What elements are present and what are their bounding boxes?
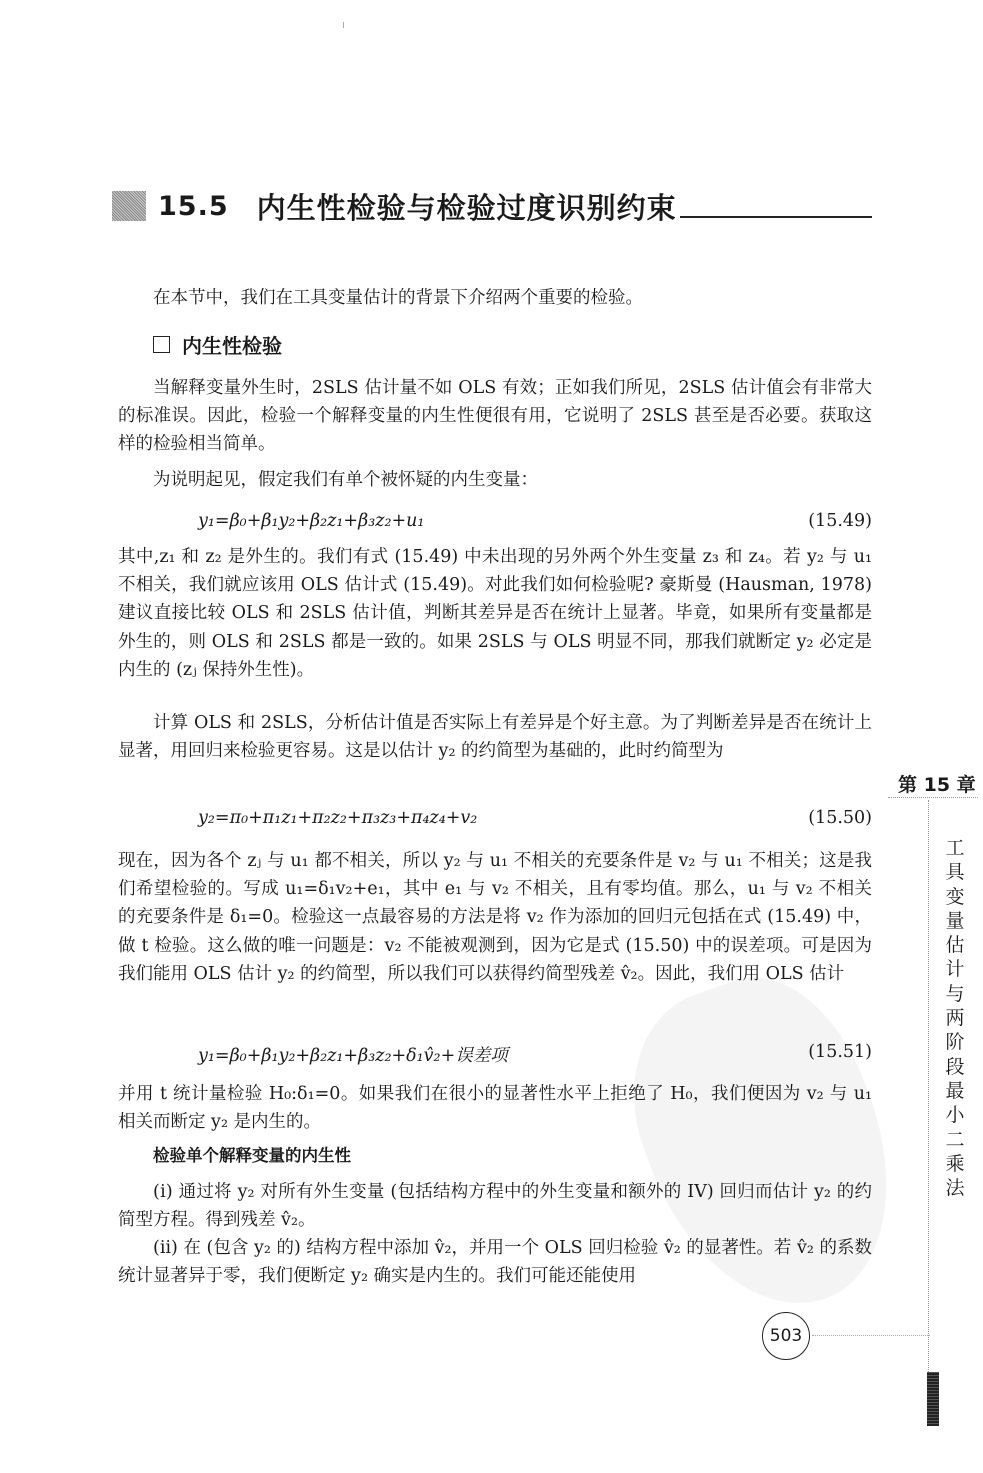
- step-2: (ⅱ) 在 (包含 y₂ 的) 结构方程中添加 v̂₂，并用一个 OLS 回归检…: [118, 1234, 872, 1290]
- equation-number: (15.51): [808, 1042, 872, 1062]
- section-heading: 15.5 内生性检验与检验过度识别约束: [112, 186, 677, 226]
- step-1: (ⅰ) 通过将 y₂ 对所有外生变量 (包括结构方程中的外生变量和额外的 IV)…: [118, 1178, 872, 1234]
- heading-rule: [680, 216, 872, 218]
- margin-dotted-vertical: [928, 800, 932, 1400]
- scan-mark: [343, 22, 344, 28]
- equation-expression: y₁=β₀+β₁y₂+β₂z₁+β₃z₂+u₁: [198, 511, 424, 531]
- page-number-rule: [812, 1335, 930, 1336]
- paragraph: 并用 t 统计量检验 H₀:δ₁=0。如果我们在很小的显著性水平上拒绝了 H₀，…: [118, 1080, 872, 1136]
- subsection-title: 内生性检验: [182, 330, 282, 359]
- equation-expression: y₁=β₀+β₁y₂+β₂z₁+β₃z₂+δ₁v̂₂+误差项: [198, 1042, 508, 1067]
- subsection-heading: 内生性检验: [153, 330, 282, 359]
- bold-subheading: 检验单个解释变量的内生性: [118, 1142, 872, 1170]
- intro-paragraph: 在本节中，我们在工具变量估计的背景下介绍两个重要的检验。: [118, 284, 872, 312]
- paragraph: 现在，因为各个 zⱼ 与 u₁ 都不相关，所以 y₂ 与 u₁ 不相关的充要条件…: [118, 847, 872, 988]
- equation-expression: y₂=π₀+π₁z₁+π₂z₂+π₃z₃+π₄z₄+v₂: [198, 808, 477, 828]
- equation-number: (15.50): [808, 808, 872, 828]
- chapter-title-vertical: 工具变量估计与两阶段最小二乘法: [944, 836, 966, 1200]
- square-bullet-icon: [153, 336, 170, 353]
- section-title: 内生性检验与检验过度识别约束: [257, 186, 677, 227]
- paragraph: 为说明起见，假定我们有单个被怀疑的内生变量：: [118, 466, 872, 494]
- thumb-index-tab: [927, 1372, 939, 1426]
- book-page: 15.5 内生性检验与检验过度识别约束 在本节中，我们在工具变量估计的背景下介绍…: [0, 0, 983, 1473]
- section-marker-icon: [112, 191, 146, 221]
- page-number: 503: [762, 1312, 810, 1360]
- margin-dotted-rule: [888, 797, 978, 801]
- chapter-label: 第 15 章: [898, 770, 976, 797]
- equation-number: (15.49): [808, 511, 872, 531]
- paragraph: 其中,z₁ 和 z₂ 是外生的。我们有式 (15.49) 中未出现的另外两个外生…: [118, 543, 872, 684]
- paragraph: 当解释变量外生时，2SLS 估计量不如 OLS 有效；正如我们所见，2SLS 估…: [118, 374, 872, 459]
- bold-subheading-text: 检验单个解释变量的内生性: [153, 1146, 351, 1165]
- section-number: 15.5: [158, 191, 229, 222]
- paragraph: 计算 OLS 和 2SLS，分析估计值是否实际上有差异是个好主意。为了判断差异是…: [118, 709, 872, 765]
